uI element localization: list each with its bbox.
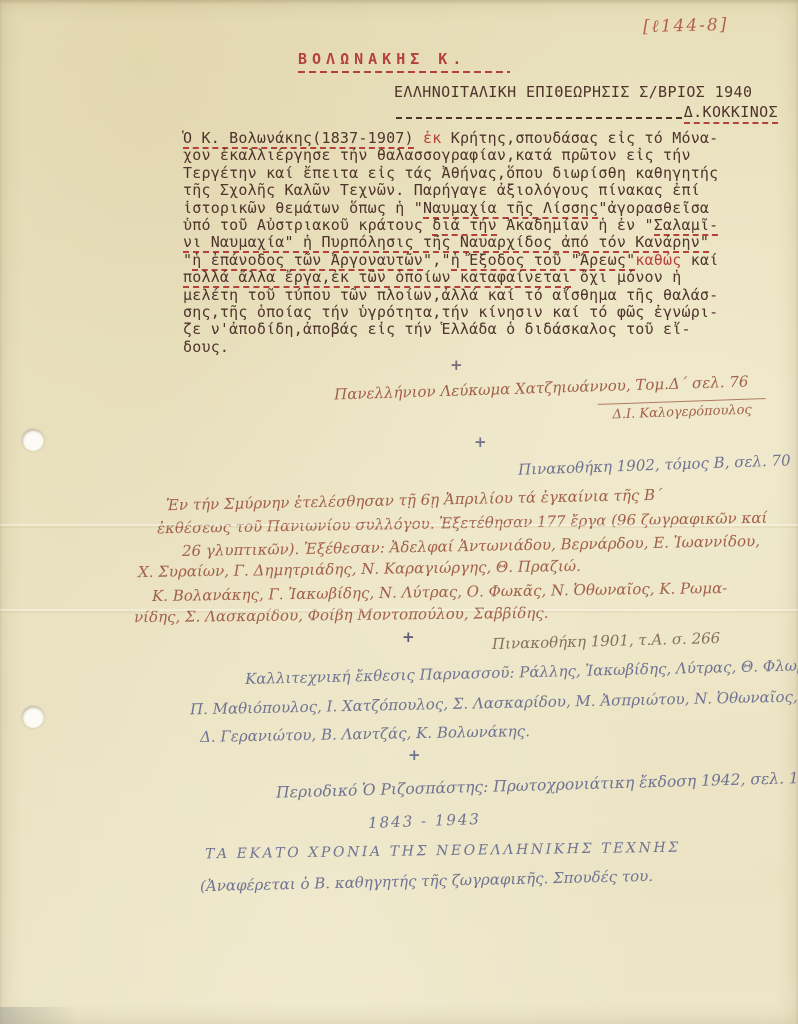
handwritten-1902-line: 26 γλυπτικῶν). Ἐξέθεσαν: Ἀδελφαί Ἀντωνιά… xyxy=(182,532,760,560)
typed-line: ἱστορικῶν θεμάτων ὅπως ἡ "Ναυμαχία τῆς Λ… xyxy=(183,200,768,217)
typed-segment: μελέτη τοῦ τύπου τῶν πλοίων,ἀλλά καί τό … xyxy=(183,286,718,304)
publication-reference-block: ΕΛΛΗΝΟΙΤΑΛΙΚΗ ΕΠΙΘΕΩΡΗΣΙΣ Σ/ΒΡΙΟΣ 1940 Δ… xyxy=(394,83,778,124)
typed-line: Τεργέτην καί ἔπειτα εἰς τάς Ἀθήνας,ὅπου … xyxy=(183,165,768,182)
typed-line: ζε ν'ἀποδίδη,ἀποβάς εἰς τήν Ἑλλάδα ὁ διδ… xyxy=(183,321,768,338)
handwritten-1901-line: Καλλιτεχνική ἔκθεσις Παρνασσοῦ: Ράλλης, … xyxy=(245,656,798,688)
handwritten-reference-album: Πανελλήνιον Λεύκωμα Χατζηιωάννου, Τομ.Δ΄… xyxy=(334,372,749,403)
author-row: Δ.ΚΟΚΚΙΝΟΣ xyxy=(394,103,778,124)
title-underline-rule xyxy=(298,71,510,73)
handwritten-signature: Δ.Ι. Καλογερόπουλος xyxy=(598,398,767,423)
typed-segment: ὑπό τοῦ Αὐστριακοῦ κράτους xyxy=(183,216,432,234)
typed-line: μελέτη τοῦ τύπου τῶν πλοίων,ἀλλά καί τό … xyxy=(183,287,768,304)
typed-segment: "ἀγορασθεῖσα xyxy=(598,199,709,217)
typed-paragraph: Ὁ Κ. Βολωνάκης(1837-1907) ἐκ Κρήτης,σπου… xyxy=(183,130,768,356)
cross-separator-mark: + xyxy=(474,433,487,451)
typed-segment: ἱστορικῶν θεμάτων ὅπως ἡ " xyxy=(183,199,423,217)
handwritten-1901-line: Δ. Γερανιώτου, Β. Λαντζάς, Κ. Βολωνάκης. xyxy=(200,722,530,746)
page-title: ΒΟΛΩΝΑΚΗΣ Κ. xyxy=(298,50,510,68)
typed-segment: Κρήτης,σπουδάσας εἰς τό Μόνα- xyxy=(441,129,718,147)
handwritten-1902-line: Κ. Βολανάκης, Γ. Ἰακωβίδης, Ν. Λύτρας, Ο… xyxy=(152,579,727,605)
handwritten-centenary-years: 1843 - 1943 xyxy=(368,810,482,832)
handwritten-1902-heading: Πινακοθήκη 1902, τόμος Β, σελ. 70 xyxy=(518,451,791,479)
author-name: Δ.ΚΟΚΚΙΝΟΣ xyxy=(684,103,778,124)
typed-segment: ἐκ xyxy=(423,129,441,147)
scan-edge-shadow xyxy=(0,1007,78,1024)
typed-line: σης,τῆς ὁποίας τήν ὑγρότητα,τήν κίνησιν … xyxy=(183,304,768,321)
typed-line: τῆς Σχολῆς Καλῶν Τεχνῶν. Παρήγαγε ἀξιολό… xyxy=(183,182,768,199)
typed-segment: ὄχι μόνον ἡ xyxy=(571,268,682,286)
handwritten-centenary-title: ΤΑ ΕΚΑΤΟ ΧΡΟΝΙΑ ΤΗΣ ΝΕΟΕΛΛΗΝΙΚΗΣ ΤΕΧΝΗΣ xyxy=(205,840,681,863)
typed-line: ὑπό τοῦ Αὐστριακοῦ κράτους διά τήν Ἀκαδη… xyxy=(183,217,768,234)
fold-crease xyxy=(0,609,798,614)
typed-segment: "," xyxy=(423,251,451,269)
cross-separator-mark: + xyxy=(450,356,463,374)
typed-segment: καί xyxy=(682,251,719,269)
fold-crease xyxy=(0,524,798,529)
punch-hole-top xyxy=(22,429,44,451)
typed-segment: καθώς xyxy=(635,251,681,269)
cross-separator-mark: + xyxy=(408,746,421,764)
handwritten-1902-line: Ἐν τήν Σμύρνην ἐτελέσθησαν τῇ 6ῃ Ἀπριλίο… xyxy=(166,486,663,514)
typed-segment: χον ἐκαλλιέργησε τήν θαλασσογραφίαν,κατά… xyxy=(183,146,691,164)
handwritten-1901-heading: Πινακοθήκη 1901, τ.Α. σ. 266 xyxy=(492,629,721,653)
handwritten-1901-line: Π. Μαθιόπουλος, Ι. Χατζόπουλος, Σ. Λασκα… xyxy=(190,688,798,719)
typed-segment: Ἀκαδημίαν ἡ ἐν " xyxy=(497,216,654,234)
typed-segment: Τεργέτην καί ἔπειτα εἰς τάς Ἀθήνας,ὅπου … xyxy=(183,164,718,182)
typed-segment: " xyxy=(183,251,192,269)
typed-segment: τῆς Σχολῆς Καλῶν Τεχνῶν. Παρήγαγε ἀξιολό… xyxy=(183,181,700,199)
typed-line: δους. xyxy=(183,339,768,356)
handwritten-1902-line: νίδης, Σ. Λασκαρίδου, Φοίβη Μοντοπούλου,… xyxy=(134,604,549,626)
document-title-block: ΒΟΛΩΝΑΚΗΣ Κ. xyxy=(298,50,510,73)
handwritten-footnote: (Ἀναφέρεται ὁ Β. καθηγητής τῆς ζωγραφικῆ… xyxy=(200,867,653,895)
typed-line: Ὁ Κ. Βολωνάκης(1837-1907) ἐκ Κρήτης,σπου… xyxy=(183,130,768,147)
handwritten-periodical-reference: Περιοδικό Ὁ Ριζοσπάστης: Πρωτοχρονιάτικη… xyxy=(276,768,798,801)
typed-line: χον ἐκαλλιέργησε τήν θαλασσογραφίαν,κατά… xyxy=(183,147,768,164)
typed-line: πολλά ἄλλα ἔργα,ἐκ τῶν ὁποίων καταφαίνετ… xyxy=(183,269,768,286)
typed-segment: ζε ν'ἀποδίδη,ἀποβάς εἰς τήν Ἑλλάδα ὁ διδ… xyxy=(183,320,691,338)
typed-line: "ἡ ἐπάνοδος τῶν Ἀργοναυτῶν","ἡ Ἔξοδος το… xyxy=(183,252,768,269)
cross-separator-mark: + xyxy=(402,628,415,646)
typed-segment: σης,τῆς ὁποίας τήν ὑγρότητα,τήν κίνησιν … xyxy=(183,303,718,321)
typed-segment: δους. xyxy=(183,338,229,356)
scanned-document-page: [ℓ144-8] ΒΟΛΩΝΑΚΗΣ Κ. ΕΛΛΗΝΟΙΤΑΛΙΚΗ ΕΠΙΘ… xyxy=(0,0,798,1024)
typed-line: νι Ναυμαχία" ἡ Πυρπόλησις τῆς Ναυαρχίδος… xyxy=(183,234,768,251)
handwritten-1902-line: Χ. Συραίων, Γ. Δημητριάδης, Ν. Καραγιώργ… xyxy=(138,557,581,581)
punch-hole-bottom xyxy=(22,706,44,728)
publication-line: ΕΛΛΗΝΟΙΤΑΛΙΚΗ ΕΠΙΘΕΩΡΗΣΙΣ Σ/ΒΡΙΟΣ 1940 xyxy=(394,83,778,101)
archival-code-annotation: [ℓ144-8] xyxy=(643,15,729,37)
typed-segment xyxy=(414,129,423,147)
dashed-leader-rule xyxy=(396,117,682,119)
